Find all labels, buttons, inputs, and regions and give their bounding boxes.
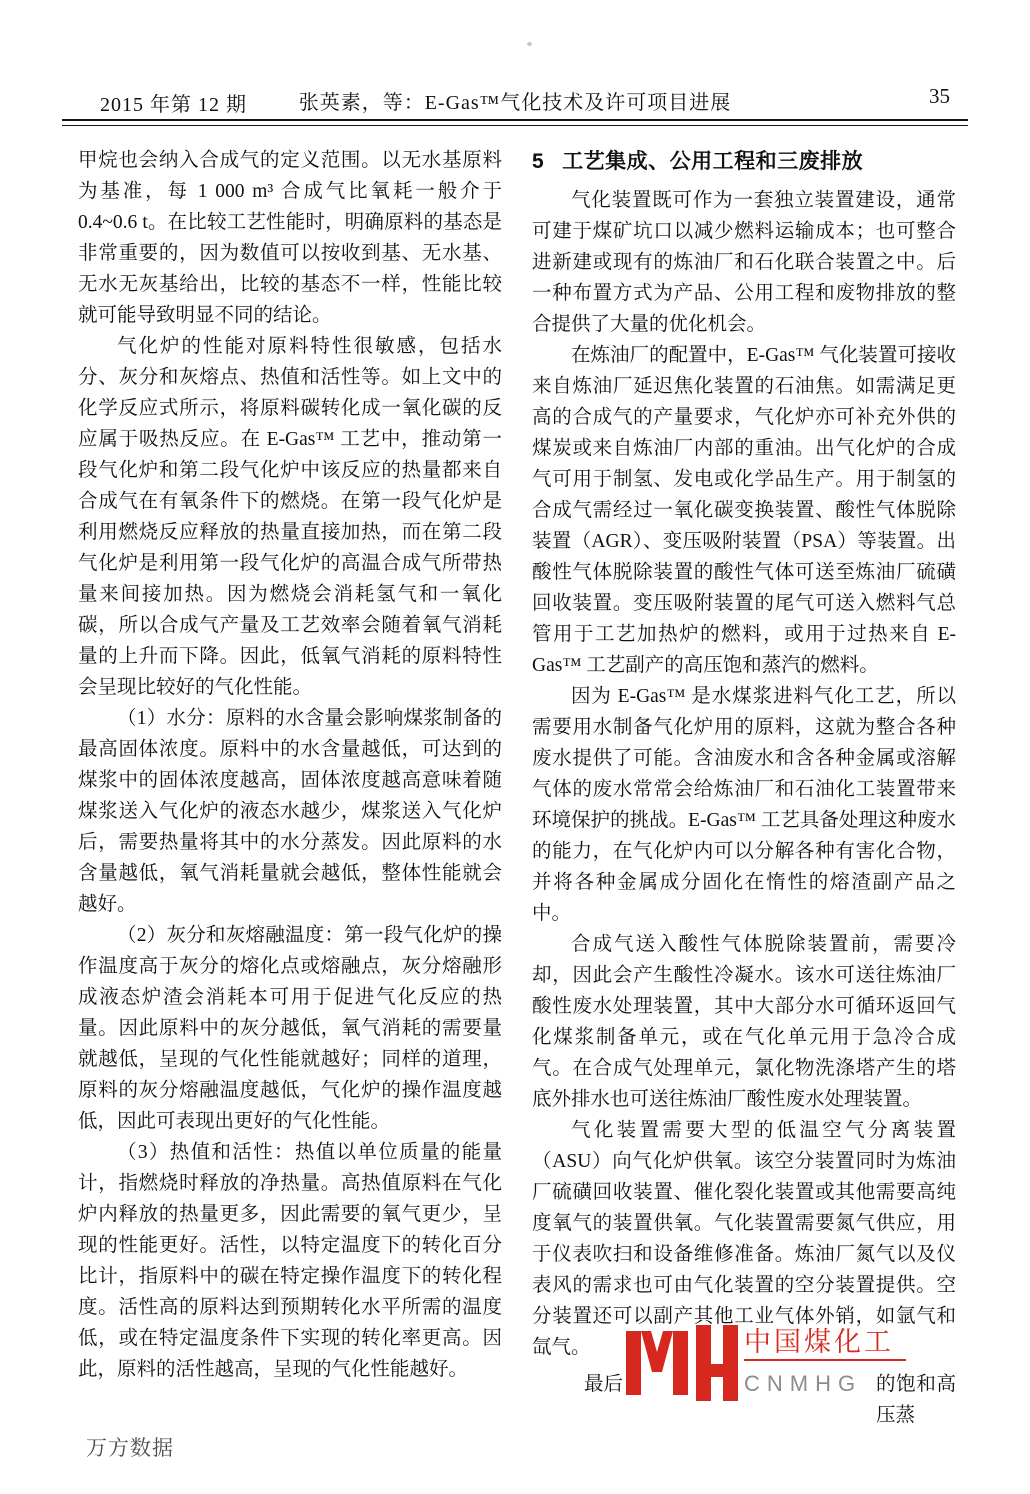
paragraph: （2）灰分和灰熔融温度：第一段气化炉的操作温度高于灰分的熔化点或熔融点，灰分熔融… — [78, 920, 502, 1137]
paragraph: 气化装置既可作为一套独立装置建设，通常可建于煤矿坑口以减少燃料运输成本；也可整合… — [532, 185, 956, 340]
paragraph-fragment: 最后 — [584, 1369, 623, 1400]
section-number: 5 — [532, 150, 544, 173]
paper-page: 2015 年第 12 期 张英素，等：E-Gas™气化技术及许可项目进展 35 … — [0, 0, 1030, 1494]
page-number: 35 — [929, 84, 950, 109]
watermark-cn-text: 中国煤化工 — [744, 1327, 906, 1361]
paragraph: 甲烷也会纳入合成气的定义范围。以无水基原料为基准，每 1 000 m³ 合成气比… — [78, 145, 502, 331]
paragraph: 合成气送入酸性气体脱除装置前，需要冷却，因此会产生酸性冷凝水。该水可送往炼油厂酸… — [532, 929, 956, 1115]
paragraph: （3）热值和活性：热值以单位质量的能量计，指燃烧时释放的净热量。高热值原料在气化… — [78, 1137, 502, 1385]
wanfang-data-brand: 万方数据 — [86, 1432, 174, 1462]
section-title: 工艺集成、公用工程和三废排放 — [562, 150, 863, 173]
paragraph: （1）水分：原料的水含量会影响煤浆制备的最高固体浓度。原料中的水含量越低，可达到… — [78, 703, 502, 920]
running-title: 张英素，等：E-Gas™气化技术及许可项目进展 — [0, 86, 1030, 115]
scan-artifact-dot — [527, 42, 532, 46]
section-heading: 5工艺集成、公用工程和三废排放 — [532, 147, 956, 177]
left-column: 甲烷也会纳入合成气的定义范围。以无水基原料为基准，每 1 000 m³ 合成气比… — [78, 145, 502, 1385]
header-rule — [62, 119, 968, 126]
right-column: 5工艺集成、公用工程和三废排放 气化装置既可作为一套独立装置建设，通常可建于煤矿… — [532, 145, 956, 1409]
paragraph: 气化炉的性能对原料特性很敏感，包括水分、灰分和灰熔点、热值和活性等。如上文中的化… — [78, 331, 502, 703]
paragraph: 在炼油厂的配置中，E-Gas™ 气化装置可接收来自炼油厂延迟焦化装置的石油焦。如… — [532, 340, 956, 681]
cnmhg-watermark-logo-icon — [626, 1325, 738, 1401]
watermark-en-text: CNMHG — [744, 1368, 862, 1399]
paragraph: 气化装置需要大型的低温空气分离装置（ASU）向气化炉供氧。该空分装置同时为炼油厂… — [532, 1115, 956, 1363]
paragraph-fragment: 的饱和高压蒸 — [876, 1369, 956, 1431]
final-text-line: 最后 中国煤化工 CNMHG 的饱和高压蒸 — [532, 1363, 956, 1409]
paragraph: 因为 E-Gas™ 是水煤浆进料气化工艺，所以需要用水制备气化炉用的原料，这就为… — [532, 681, 956, 929]
